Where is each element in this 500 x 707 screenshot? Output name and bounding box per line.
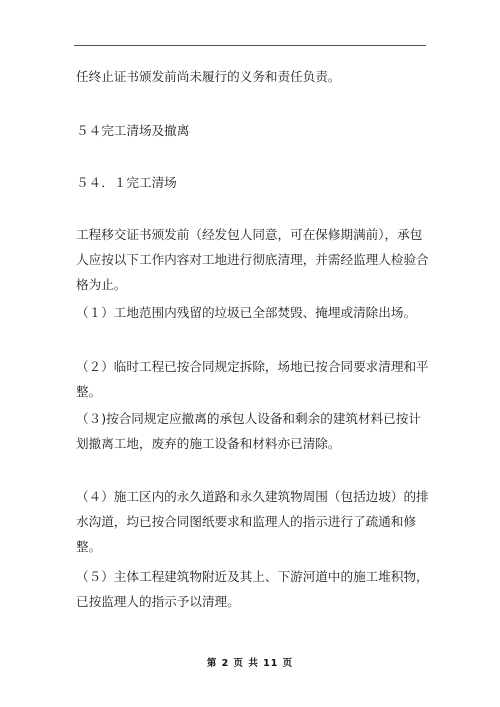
section-heading-54: ５４完工清场及撤离: [76, 118, 432, 143]
subsection-heading-541: ５４．１完工清场: [76, 170, 432, 195]
list-item-2: （２）临时工程已按合同规定拆除，场地已按合同要求清理和平整。: [76, 354, 432, 404]
paragraph-continuation: 任终止证书颁发前尚未履行的义务和责任负责。: [76, 64, 432, 89]
paragraph-intro: 工程移交证书颁发前（经发包人同意，可在保修期满前），承包人应按以下工作内容对工地…: [76, 222, 432, 297]
list-item-1: （１）工地范围内残留的垃圾已全部焚毁、掩埋或清除出场。: [76, 300, 432, 325]
page-number-footer: 第 2 页 共 11 页: [0, 655, 500, 669]
list-item-3: （３)按合同规定应撤离的承包人设备和剩余的建筑材料已按计划撤离工地，废弃的施工设…: [76, 406, 432, 456]
list-item-5: （５）主体工程建筑物附近及其上、下游河道中的施工堆积物，已按监理人的指示予以清理…: [76, 564, 432, 614]
list-item-4: （４）施工区内的永久道路和永久建筑物周围（包括边坡）的排水沟道，均已按合同图纸要…: [76, 484, 432, 559]
header-rule: [74, 45, 426, 46]
